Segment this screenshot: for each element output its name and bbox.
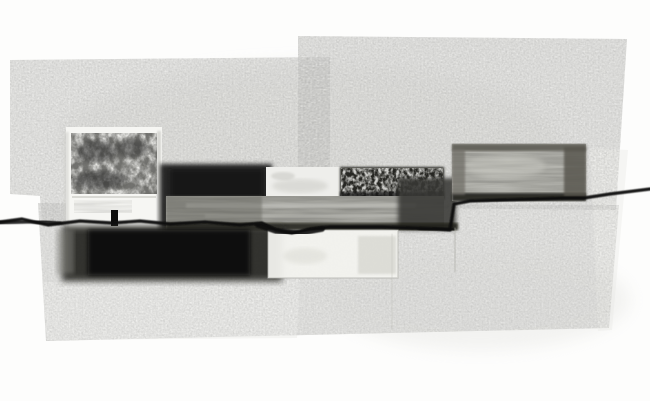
foliage-panel-left-edge [64,132,69,230]
foliage-mass-2 [115,139,149,157]
marble-smudge-2 [271,172,295,180]
foliage-mass-3 [74,171,126,189]
right-wood-block-right-end [564,147,586,197]
marble-smudge-1 [272,179,328,193]
scene-layers [0,0,650,401]
wood-beam-dark-right-segment [398,178,456,230]
abstract-monotype-artwork [0,0,650,401]
light-panel-lower-right-patch [358,236,396,274]
dark-block-lower-core [88,230,250,275]
right-wood-block-left-end [452,149,465,195]
panel-shelf-line [72,196,156,198]
foliage-mass-1 [76,140,116,162]
panel-faint-streaks [74,200,132,213]
artwork-canvas [0,0,650,401]
crack-thick-right [420,228,452,230]
light-panel-lower-smudge [283,248,327,264]
right-wood-block-highlight [465,154,545,178]
dark-block-lower-left-fringe [56,230,74,274]
